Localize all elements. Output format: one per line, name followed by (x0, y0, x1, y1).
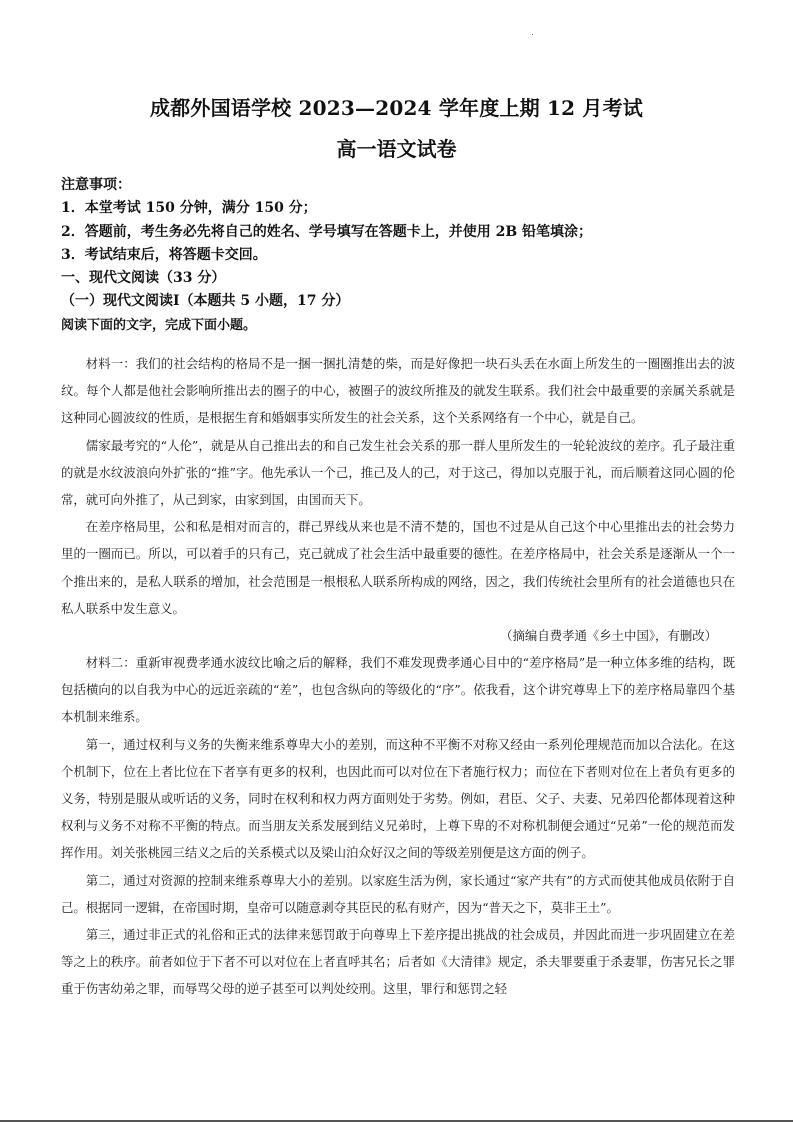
scan-mark (532, 34, 533, 35)
material2-paragraph: 材料二：重新审视费孝通水波纹比喻之后的解释，我们不难发现费孝通心目中的“差序格局… (61, 649, 735, 731)
material1-paragraph: 儒家最考究的“人伦”，就是从自己推出去的和自己发生社会关系的那一群人里所发生的一… (61, 432, 735, 514)
material1-paragraph: 材料一：我们的社会结构的格局不是一捆一捆扎清楚的柴，而是好像把一块石头丢在水面上… (61, 350, 735, 432)
material2-paragraph: 第一，通过权利与义务的失衡来维系尊卑大小的差别，而这种不平衡不对称又经由一系列伦… (61, 731, 735, 867)
material1-source: （摘编自费孝通《乡土中国》，有删改） (61, 622, 735, 649)
reading-passage: 材料一：我们的社会结构的格局不是一捆一捆扎清楚的柴，而是好像把一块石头丢在水面上… (61, 350, 735, 1003)
material2-paragraph: 第二，通过对资源的控制来维系尊卑大小的差别。以家庭生活为例，家长通过“家产共有”… (61, 867, 735, 921)
section-heading: 一、现代文阅读（33 分） (61, 267, 592, 290)
material2-paragraph: 第三，通过非正式的礼俗和正式的法律来惩罚敢于向尊卑上下差序提出挑战的社会成员，并… (61, 921, 735, 1003)
notes-item: 1．本堂考试 150 分钟，满分 150 分； (61, 197, 592, 220)
material1-paragraph: 在差序格局里，公和私是相对而言的，群己界线从来也是不清不楚的，国也不过是从自己这… (61, 513, 735, 622)
exam-page: 成都外国语学校 2023—2024 学年度上期 12 月考试 高一语文试卷 注意… (0, 0, 793, 1122)
subsection-heading: （一）现代文阅读Ⅰ（本题共 5 小题，17 分） (61, 290, 592, 313)
notes-heading: 注意事项： (61, 174, 592, 197)
notes-item: 3．考试结束后，将答题卡交回。 (61, 244, 592, 267)
exam-subtitle: 高一语文试卷 (0, 133, 793, 162)
exam-notes: 注意事项： 1．本堂考试 150 分钟，满分 150 分； 2．答题前，考生务必… (61, 174, 592, 337)
notes-item: 2．答题前，考生务必先将自己的姓名、学号填写在答题卡上，并使用 2B 铅笔填涂； (61, 221, 592, 244)
reading-instruction: 阅读下面的文字，完成下面小题。 (61, 314, 592, 337)
exam-title: 成都外国语学校 2023—2024 学年度上期 12 月考试 (0, 92, 793, 121)
